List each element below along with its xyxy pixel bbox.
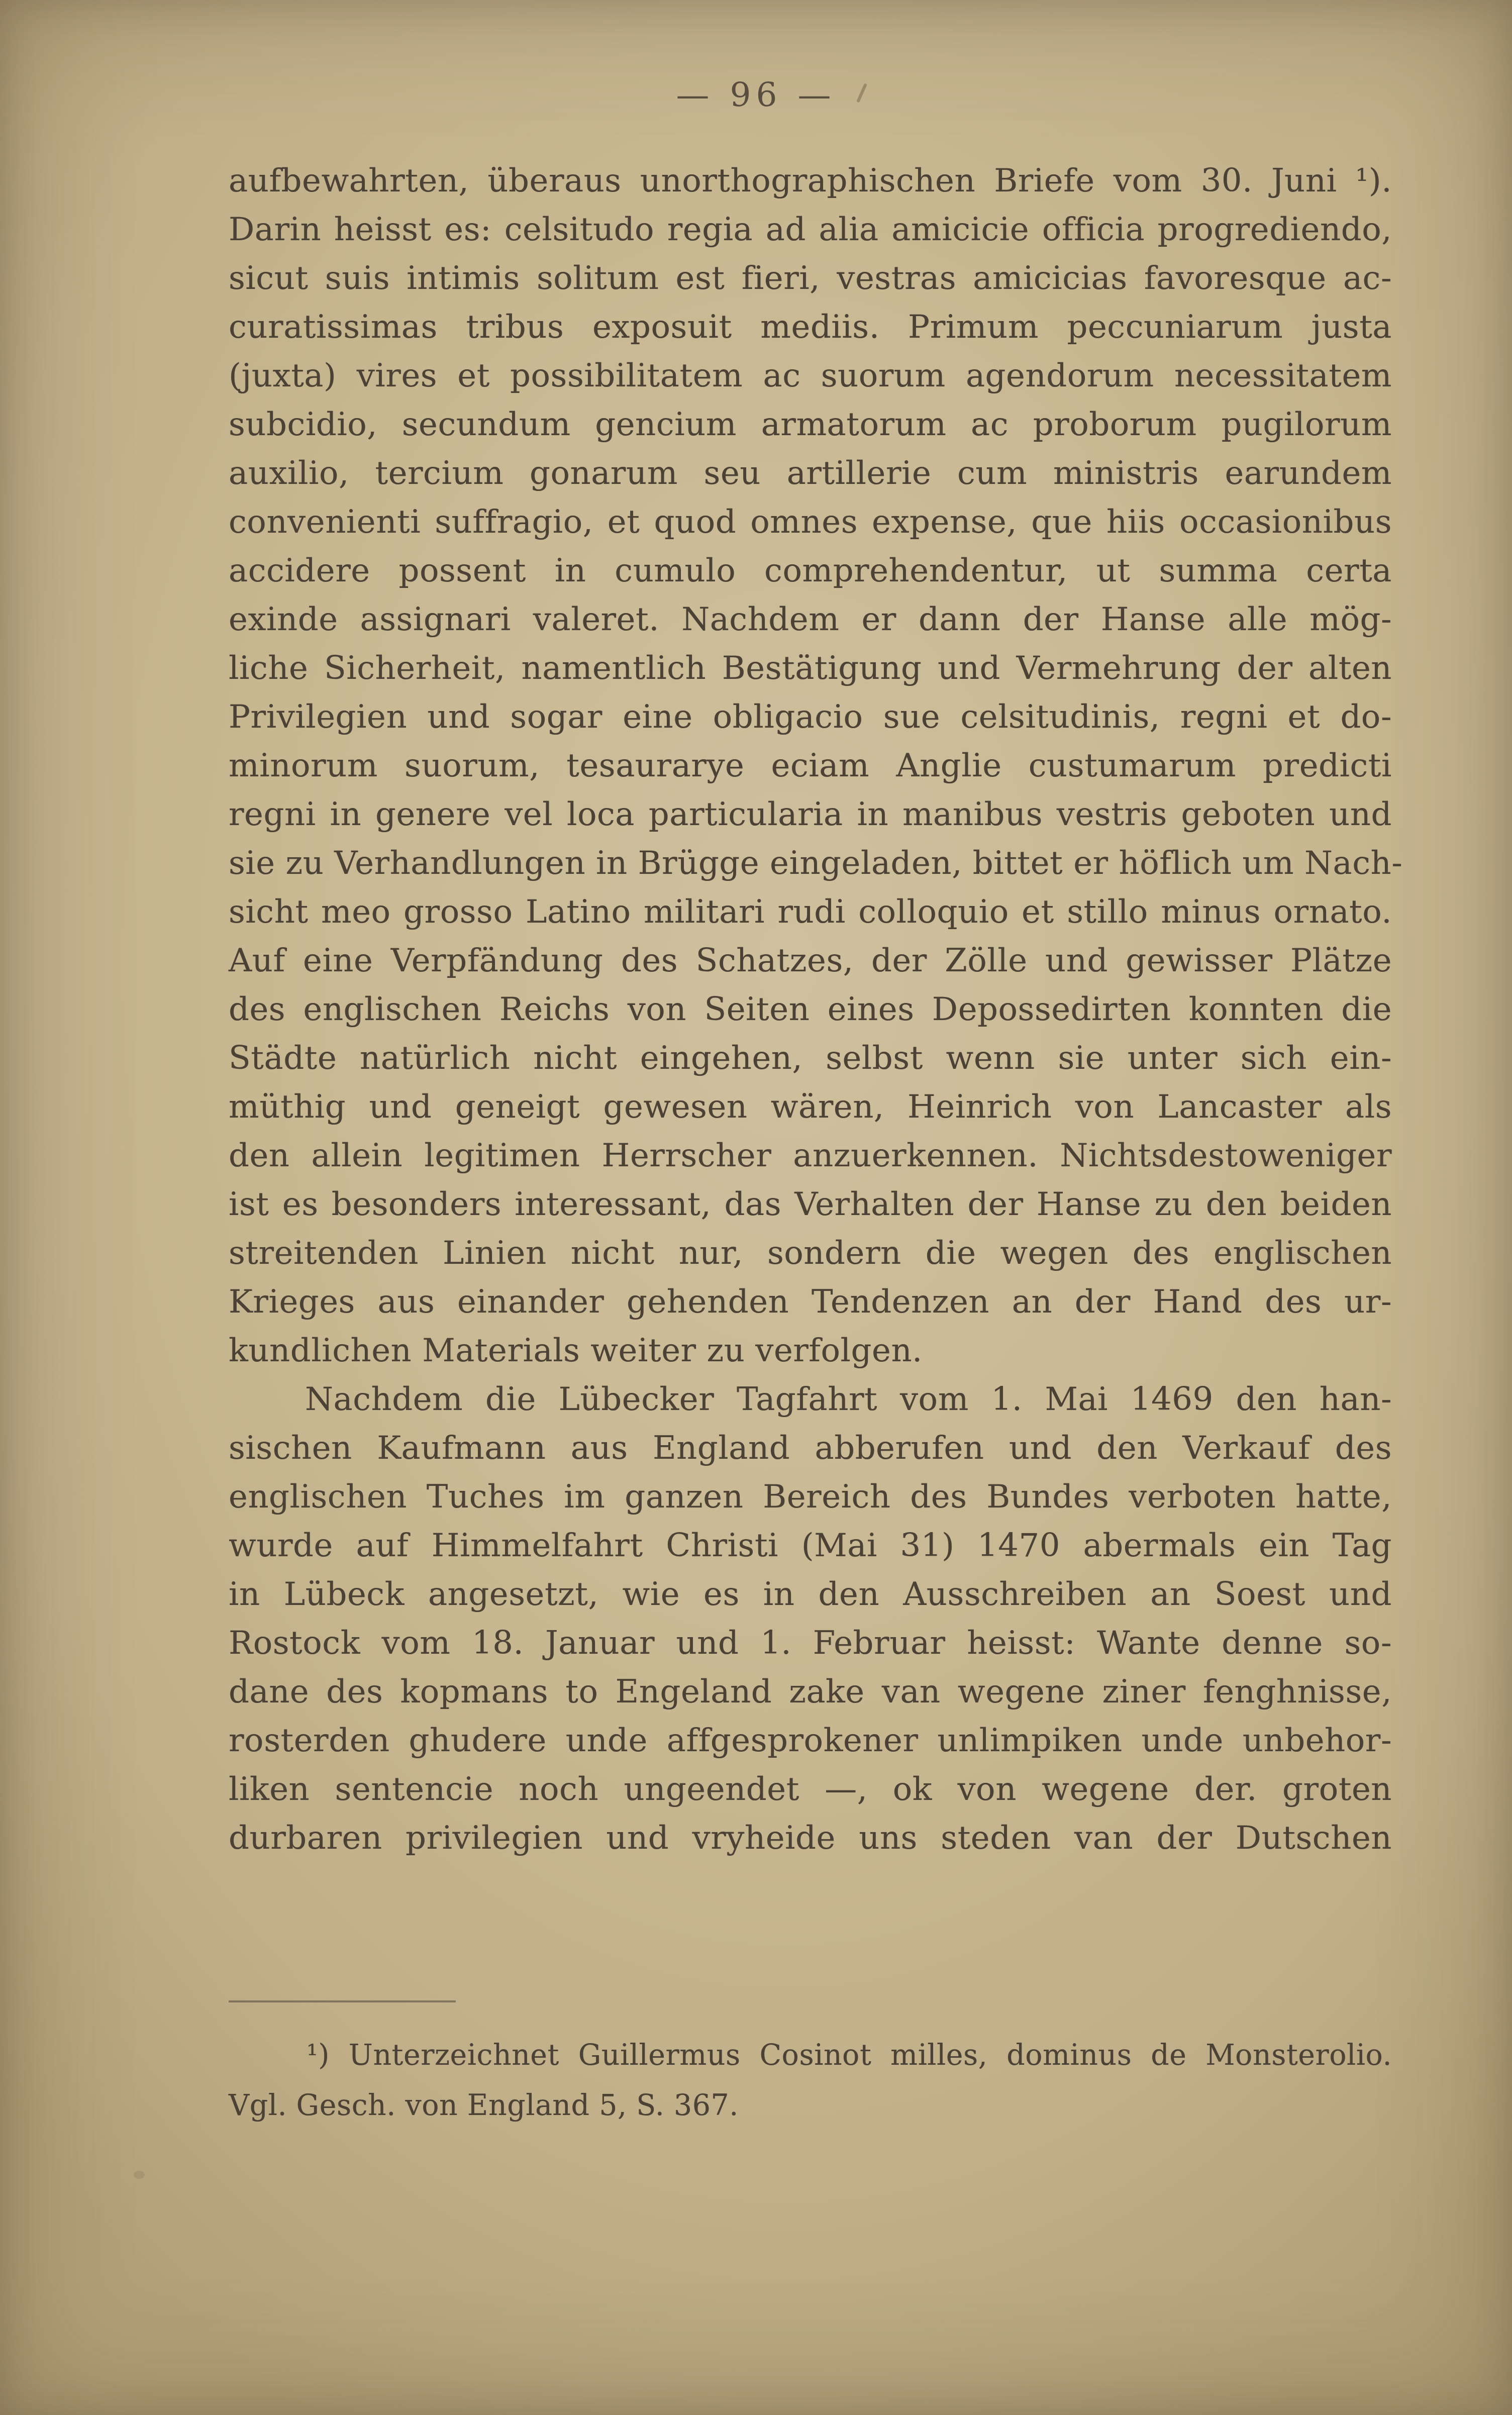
text-line: sischen Kaufmann aus England abberufen u… (229, 1424, 1392, 1473)
text-line: den allein legitimen Herrscher anzuerken… (229, 1132, 1392, 1180)
text-line: Städte natürlich nicht eingehen, selbst … (229, 1034, 1392, 1083)
footnote: ¹) Unterzeichnet Guillermus Cosinot mill… (229, 2030, 1392, 2131)
footnote-line: Vgl. Gesch. von England 5, S. 367. (229, 2080, 1392, 2131)
text-line: des englischen Reichs von Seiten eines D… (229, 985, 1392, 1034)
text-line: minorum suorum, tesaurarye eciam Anglie … (229, 742, 1392, 790)
text-line: durbaren privilegien und vryheide uns st… (229, 1814, 1392, 1863)
text-line: aufbewahrten, überaus unorthographischen… (229, 157, 1392, 206)
paragraph-1: aufbewahrten, überaus unorthographischen… (229, 157, 1392, 1375)
text-line: Nachdem die Lübecker Tagfahrt vom 1. Mai… (229, 1375, 1392, 1424)
footnote-separator-rule (229, 2000, 456, 2002)
paragraph-2: Nachdem die Lübecker Tagfahrt vom 1. Mai… (229, 1375, 1392, 1863)
text-line: sicut suis intimis solitum est fieri, ve… (229, 254, 1392, 303)
text-line: liken sentencie noch ungeendet —, ok von… (229, 1765, 1392, 1814)
text-line: Rostock vom 18. Januar und 1. Februar he… (229, 1619, 1392, 1668)
text-line: ist es besonders interessant, das Verhal… (229, 1180, 1392, 1229)
paper-stain-speck (134, 2171, 145, 2179)
text-line: regni in genere vel loca particularia in… (229, 790, 1392, 839)
text-line: Darin heisst es: celsitudo regia ad alia… (229, 206, 1392, 254)
text-line: Auf eine Verpfändung des Schatzes, der Z… (229, 937, 1392, 985)
text-line: curatissimas tribus exposuit mediis. Pri… (229, 303, 1392, 352)
text-line: Privilegien und sogar eine obligacio sue… (229, 693, 1392, 742)
text-line: sie zu Verhandlungen in Brügge eingelade… (229, 839, 1392, 888)
text-line: Krieges aus einander gehenden Tendenzen … (229, 1278, 1392, 1327)
text-line: dane des kopmans to Engeland zake van we… (229, 1668, 1392, 1717)
page-number-header: — 96 — (0, 75, 1512, 114)
text-line: subcidio, secundum gencium armatorum ac … (229, 400, 1392, 449)
footnote-line: ¹) Unterzeichnet Guillermus Cosinot mill… (229, 2030, 1392, 2080)
text-line: convenienti suffragio, et quod omnes exp… (229, 498, 1392, 547)
text-line: auxilio, tercium gonarum seu artillerie … (229, 449, 1392, 498)
text-line: wurde auf Himmelfahrt Christi (Mai 31) 1… (229, 1522, 1392, 1570)
text-line: rosterden ghudere unde affgesprokener un… (229, 1717, 1392, 1765)
text-line: kundlichen Materials weiter zu verfolgen… (229, 1327, 1392, 1375)
scanned-book-page: — 96 — aufbewahrten, überaus unorthograp… (0, 0, 1512, 2415)
text-line: sicht meo grosso Latino militari rudi co… (229, 888, 1392, 937)
text-line: in Lübeck angesetzt, wie es in den Aussc… (229, 1570, 1392, 1619)
text-line: streitenden Linien nicht nur, sondern di… (229, 1229, 1392, 1278)
text-line: englischen Tuches im ganzen Bereich des … (229, 1473, 1392, 1522)
text-line: exinde assignari valeret. Nachdem er dan… (229, 595, 1392, 644)
text-line: (juxta) vires et possibilitatem ac suoru… (229, 352, 1392, 400)
text-line: liche Sicherheit, namentlich Bestätigung… (229, 644, 1392, 693)
text-line: müthig und geneigt gewesen wären, Heinri… (229, 1083, 1392, 1132)
text-line: accidere possent in cumulo comprehendent… (229, 547, 1392, 595)
body-text: aufbewahrten, überaus unorthographischen… (229, 157, 1392, 1863)
